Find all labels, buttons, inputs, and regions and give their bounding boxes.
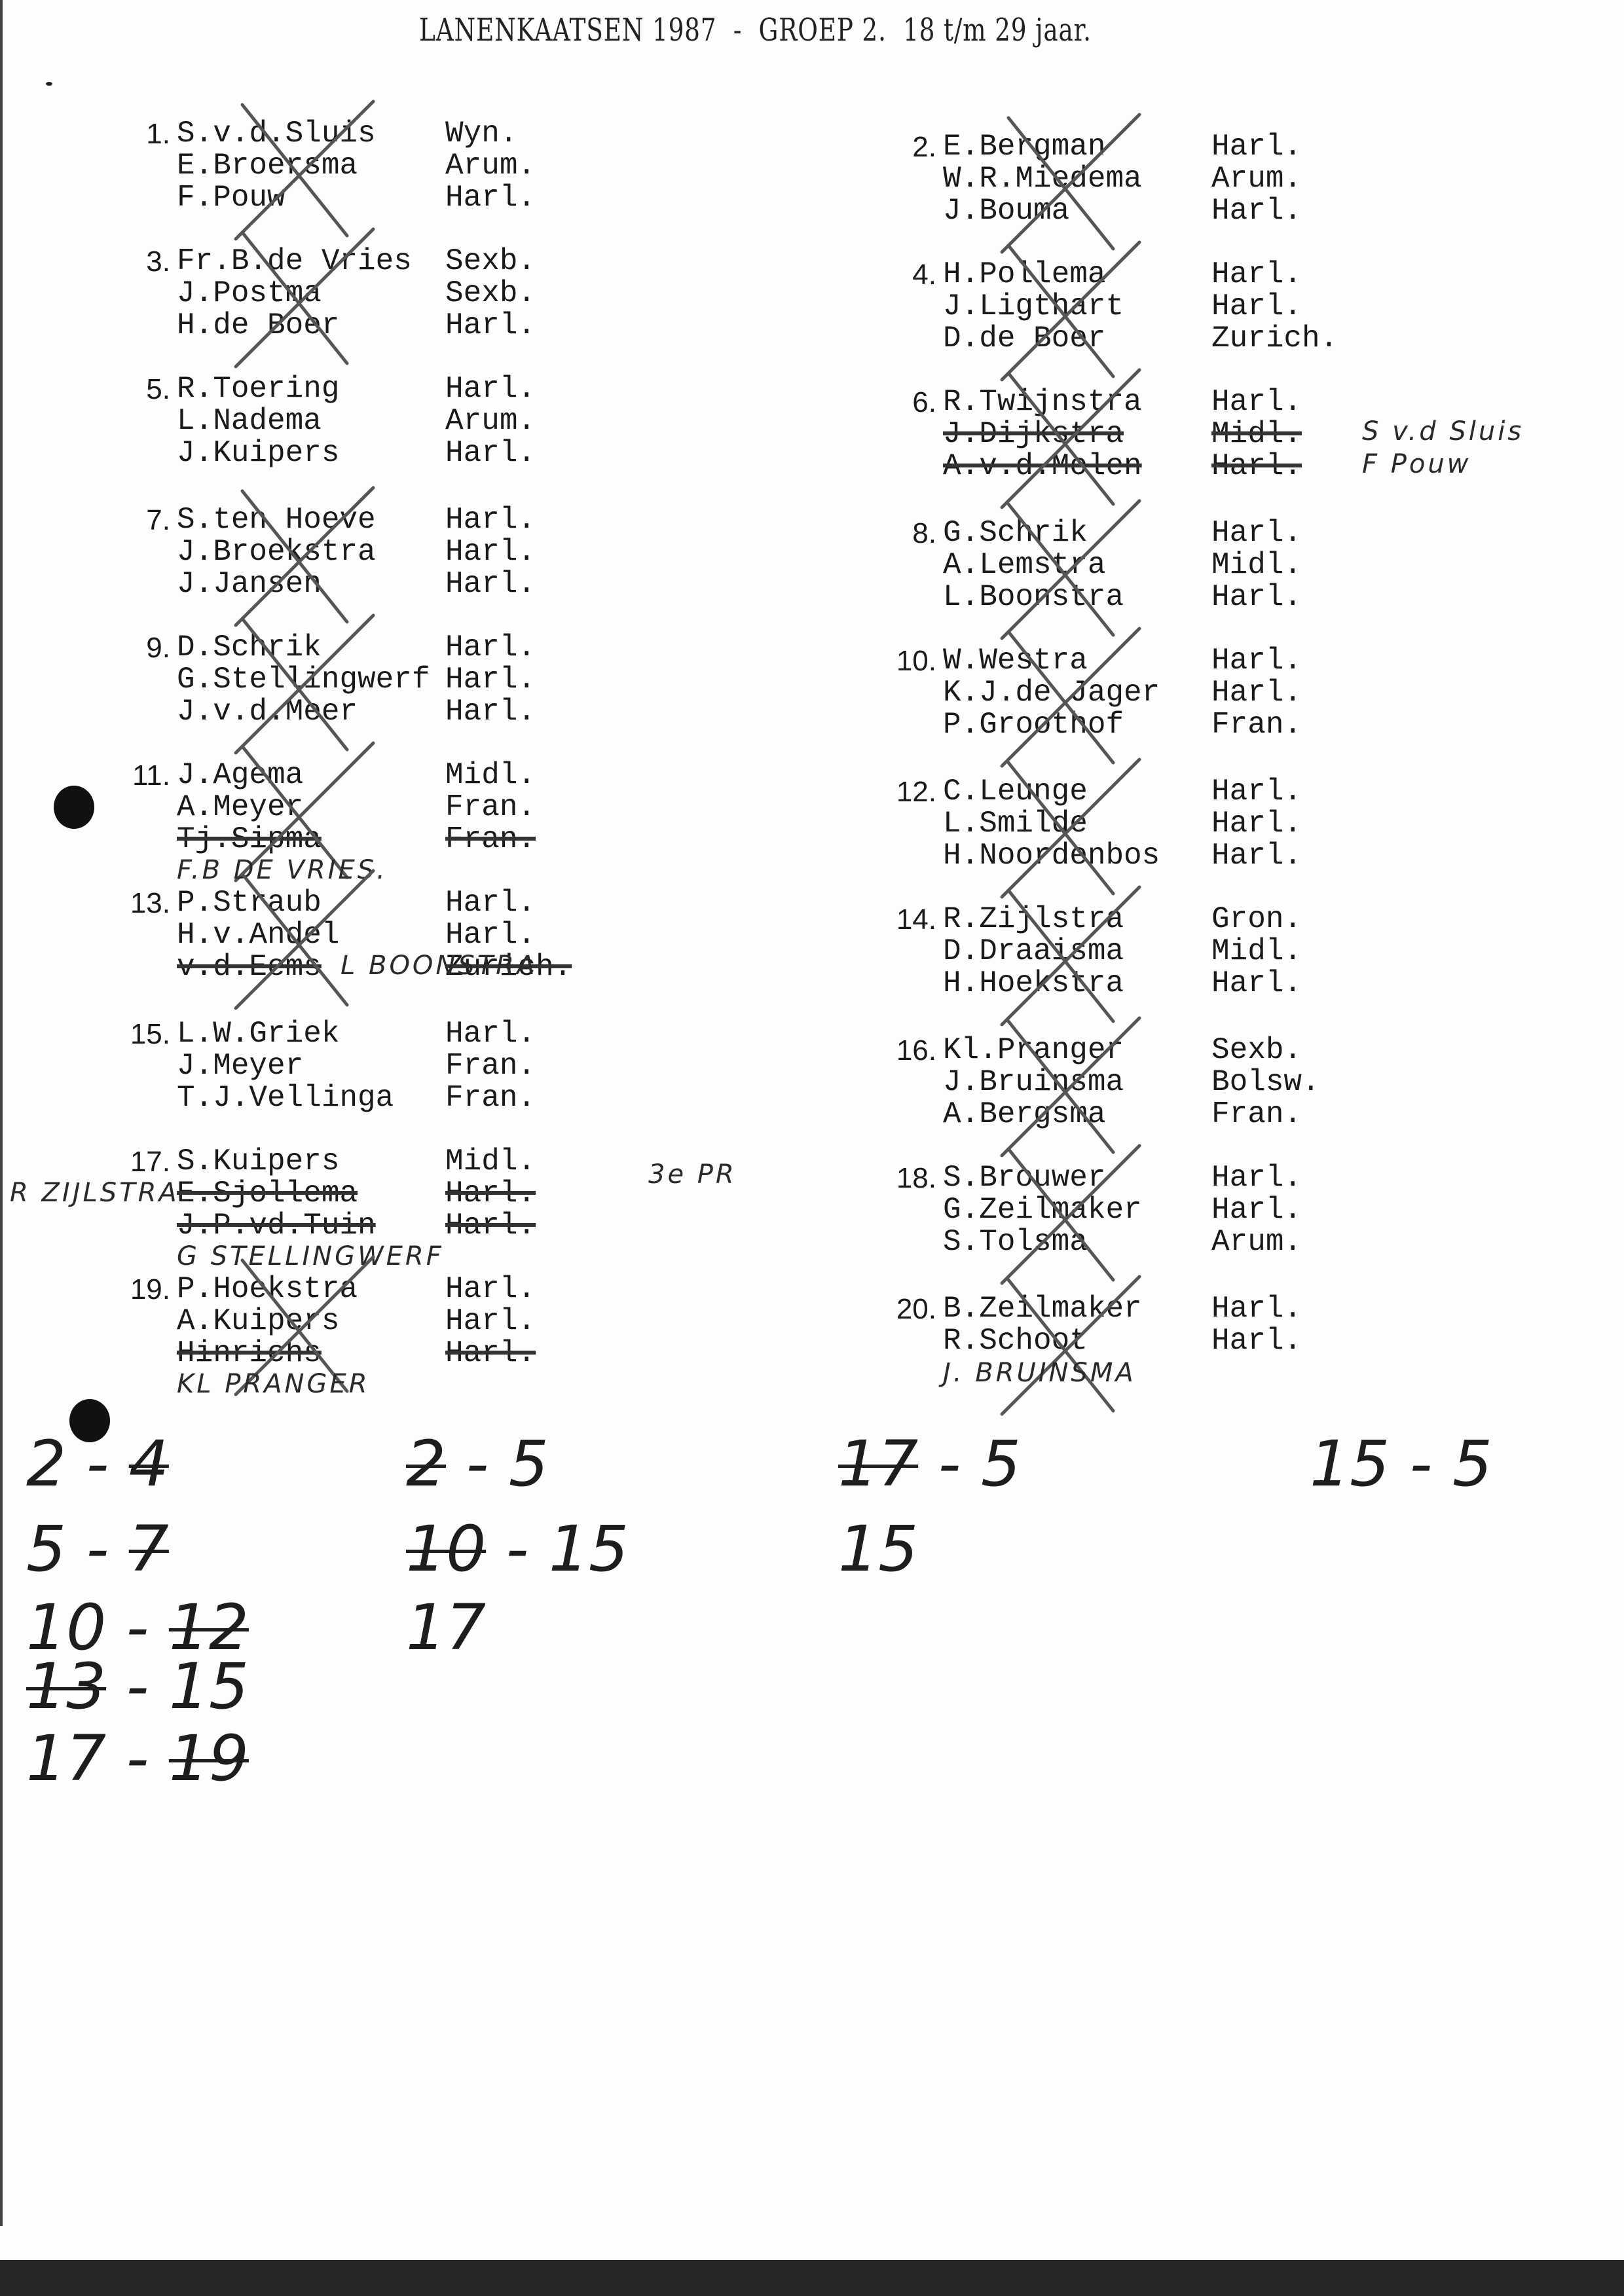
player-club: Sexb.	[1211, 1034, 1302, 1066]
match-pairing: 2 - 5	[406, 1427, 549, 1501]
player-club: Harl.	[445, 536, 536, 568]
player-club: Sexb.	[445, 278, 536, 310]
player-name: L.Nadema	[177, 405, 322, 437]
player-club: Harl.	[1211, 259, 1302, 291]
scan-bottom-band	[0, 2260, 1624, 2296]
player-club: Harl.	[1211, 1325, 1302, 1357]
punch-hole-mark	[69, 1399, 110, 1442]
handwritten-substitute: R ZIJLSTRA	[10, 1177, 179, 1209]
team-b-number: 15	[169, 1650, 249, 1723]
player-name: H.de Boer	[177, 310, 339, 342]
team-a-number: 10	[406, 1512, 486, 1586]
team-entry: 8.G.SchrikHarl.A.LemstraMidl.L.BoonstraH…	[884, 517, 1342, 622]
player-name: F.Pouw	[177, 182, 286, 214]
pairing-dash: -	[446, 1427, 509, 1501]
team-number: 5.	[118, 373, 170, 405]
player-name: Kl.Pranger	[943, 1034, 1124, 1066]
player-club: Harl.	[1211, 968, 1302, 1000]
player-name: v.d.Eems	[177, 951, 322, 983]
player-name: G.Schrik	[943, 517, 1088, 549]
player-club: Fran.	[445, 792, 536, 824]
player-club: Harl.	[1211, 386, 1302, 418]
page-title: LANENKAATSEN 1987 - GROEP 2. 18 t/m 29 j…	[419, 12, 1092, 48]
player-club: Harl.	[445, 568, 536, 600]
player-club: Harl.	[1211, 840, 1302, 872]
team-number: 6.	[884, 386, 936, 418]
team-a-number: 2	[406, 1427, 446, 1501]
team-number: 15.	[118, 1018, 170, 1050]
player-name: P.Groothof	[943, 709, 1124, 741]
player-name: R.Toering	[177, 373, 339, 405]
player-name: L.Smilde	[943, 808, 1088, 840]
player-club: Midl.	[1211, 936, 1302, 968]
player-name: W.Westra	[943, 645, 1088, 677]
team-a-number: 15	[838, 1512, 918, 1586]
player-name: S.Tolsma	[943, 1226, 1088, 1258]
player-name: J.Kuipers	[177, 437, 339, 469]
team-number: 11.	[118, 759, 170, 792]
pairing-dash: -	[106, 1722, 169, 1795]
player-club: Arum.	[445, 405, 536, 437]
team-entry: 20.B.ZeilmakerHarl.R.SchootHarl.J. BRUIN…	[884, 1293, 1342, 1398]
player-club: Fran.	[445, 1082, 536, 1114]
team-number: 14.	[884, 903, 936, 936]
team-number: 17.	[118, 1146, 170, 1178]
player-name: T.J.Vellinga	[177, 1082, 394, 1114]
team-number: 8.	[884, 517, 936, 549]
player-club: Bolsw.	[1211, 1066, 1320, 1099]
team-entry: 6.R.TwijnstraHarl.J.DijkstraMidl.A.v.d.M…	[884, 386, 1342, 491]
team-a-number: 15	[1310, 1427, 1390, 1501]
team-number: 20.	[884, 1293, 936, 1325]
team-entry: 13.P.StraubHarl.H.v.AndelHarl.v.d.EemsZu…	[118, 887, 576, 992]
player-club: Arum.	[1211, 163, 1302, 195]
match-pairing: 5 - 7	[26, 1512, 169, 1586]
player-club: Harl.	[445, 632, 536, 664]
team-entry: 14.R.ZijlstraGron.D.DraaismaMidl.H.Hoeks…	[884, 903, 1342, 1008]
player-club: Harl.	[445, 887, 536, 919]
player-club: Harl.	[1211, 131, 1302, 163]
player-name: E.Broersma	[177, 150, 358, 182]
player-club: Arum.	[1211, 1226, 1302, 1258]
scan-left-edge	[0, 0, 3, 2226]
team-a-number: 17	[26, 1722, 106, 1795]
player-club: Midl.	[1211, 418, 1302, 450]
handwritten-substitute: 3e PR	[648, 1159, 737, 1191]
team-entry: 4.H.PollemaHarl.J.LigthartHarl.D.de Boer…	[884, 259, 1342, 363]
player-name: Hinrichs	[177, 1338, 322, 1370]
player-name: C.Leunge	[943, 776, 1088, 808]
player-club: Harl.	[1211, 677, 1302, 709]
player-name: J.Postma	[177, 278, 322, 310]
team-entry: 5.R.ToeringHarl.L.NademaArum.J.KuipersHa…	[118, 373, 576, 478]
team-b-number: 5	[509, 1427, 549, 1501]
team-entry: 15.L.W.GriekHarl.J.MeyerFran.T.J.Velling…	[118, 1018, 576, 1123]
player-name: K.J.de Jager	[943, 677, 1160, 709]
player-name: E.Bergman	[943, 131, 1105, 163]
player-club: Fran.	[445, 1050, 536, 1082]
team-entry: 7.S.ten HoeveHarl.J.BroekstraHarl.J.Jans…	[118, 504, 576, 609]
player-name: G.Stellingwerf	[177, 664, 430, 696]
player-name: J.v.d.Meer	[177, 696, 358, 728]
player-name: J.Bouma	[943, 195, 1069, 227]
player-club: Harl.	[1211, 450, 1302, 483]
scan-speck	[46, 82, 52, 86]
team-number: 10.	[884, 645, 936, 677]
team-entry: 3.Fr.B.de VriesSexb.J.PostmaSexb.H.de Bo…	[118, 246, 576, 350]
player-club: Harl.	[445, 1338, 536, 1370]
player-name: A.Kuipers	[177, 1305, 339, 1338]
player-name: H.Pollema	[943, 259, 1105, 291]
player-name: J.Meyer	[177, 1050, 303, 1082]
pairing-dash: -	[918, 1427, 981, 1501]
match-pairing: 15 - 5	[1310, 1427, 1492, 1501]
team-b-number: 7	[129, 1512, 169, 1586]
player-club: Harl.	[445, 696, 536, 728]
player-club: Harl.	[1211, 517, 1302, 549]
team-b-number: 5	[1452, 1427, 1492, 1501]
handwritten-substitute: F Pouw	[1362, 448, 1471, 481]
player-club: Midl.	[1211, 549, 1302, 581]
player-club: Midl.	[445, 759, 536, 792]
player-club: Harl.	[445, 1210, 536, 1242]
handwritten-substitute: S v.d Sluis	[1362, 416, 1524, 448]
player-club: Harl.	[445, 182, 536, 214]
player-club: Harl.	[1211, 195, 1302, 227]
player-club: Harl.	[1211, 1293, 1302, 1325]
player-name: H.Noordenbos	[943, 840, 1160, 872]
team-b-number: 15	[549, 1512, 629, 1586]
team-entry: 19.P.HoekstraHarl.A.KuipersHarl.Hinrichs…	[118, 1273, 576, 1378]
team-b-number: 19	[169, 1722, 249, 1795]
player-club: Harl.	[445, 664, 536, 696]
handwritten-substitute: KL PRANGER	[177, 1368, 370, 1400]
team-entry: 1.S.v.d.SluisWyn.E.BroersmaArum.F.PouwHa…	[118, 118, 576, 223]
player-name: J.Bruinsma	[943, 1066, 1124, 1099]
match-pairing: 10 - 15	[406, 1512, 629, 1586]
team-number: 18.	[884, 1162, 936, 1194]
player-club: Harl.	[1211, 645, 1302, 677]
player-club: Harl.	[445, 437, 536, 469]
player-club: Harl.	[445, 919, 536, 951]
handwritten-substitute: F.B DE VRIES.	[177, 854, 388, 886]
team-a-number: 5	[26, 1512, 66, 1586]
player-club: Gron.	[1211, 903, 1302, 936]
player-club: Harl.	[445, 310, 536, 342]
player-club: Harl.	[1211, 581, 1302, 613]
player-name: H.Hoekstra	[943, 968, 1124, 1000]
handwritten-substitute: G STELLINGWERF	[177, 1241, 444, 1273]
player-club: Harl.	[1211, 808, 1302, 840]
team-a-number: 2	[26, 1427, 66, 1501]
player-name: D.Draaisma	[943, 936, 1124, 968]
team-number: 7.	[118, 504, 170, 536]
team-entry: 12.C.LeungeHarl.L.SmildeHarl.H.Noordenbo…	[884, 776, 1342, 881]
player-club: Midl.	[445, 1146, 536, 1178]
player-name: A.v.d.Molen	[943, 450, 1142, 483]
team-entry: 16.Kl.PrangerSexb.J.BruinsmaBolsw.A.Berg…	[884, 1034, 1342, 1139]
player-name: R.Schoot	[943, 1325, 1088, 1357]
team-number: 16.	[884, 1034, 936, 1066]
handwritten-substitute: L BOONSTRA	[341, 950, 537, 982]
player-name: G.Zeilmaker	[943, 1194, 1142, 1226]
player-club: Harl.	[445, 1305, 536, 1338]
punch-hole-mark	[54, 786, 94, 829]
player-name: D.de Boer	[943, 323, 1105, 355]
player-name: A.Bergsma	[943, 1099, 1105, 1131]
player-name: J.Ligthart	[943, 291, 1124, 323]
player-name: L.W.Griek	[177, 1018, 339, 1050]
player-club: Harl.	[1211, 1162, 1302, 1194]
player-club: Fran.	[1211, 709, 1302, 741]
player-name: P.Straub	[177, 887, 322, 919]
player-name: H.v.Andel	[177, 919, 339, 951]
player-name: B.Zeilmaker	[943, 1293, 1142, 1325]
player-name: R.Zijlstra	[943, 903, 1124, 936]
team-number: 19.	[118, 1273, 170, 1305]
pairing-dash: -	[486, 1512, 549, 1586]
player-name: J.Dijkstra	[943, 418, 1124, 450]
team-entry: 10.W.WestraHarl.K.J.de JagerHarl.P.Groot…	[884, 645, 1342, 750]
player-name: Tj.Sipma	[177, 824, 322, 856]
team-a-number: 17	[838, 1427, 918, 1501]
team-number: 12.	[884, 776, 936, 808]
team-number: 3.	[118, 246, 170, 278]
team-number: 2.	[884, 131, 936, 163]
handwritten-substitute: J. BRUINSMA	[943, 1357, 1136, 1389]
player-name: W.R.Miedema	[943, 163, 1142, 195]
player-name: S.ten Hoeve	[177, 504, 376, 536]
pairing-dash: -	[106, 1650, 169, 1723]
player-name: J.P.vd.Tuin	[177, 1210, 376, 1242]
team-number: 13.	[118, 887, 170, 919]
match-pairing: 15	[838, 1512, 918, 1586]
team-number: 4.	[884, 259, 936, 291]
player-club: Zurich.	[1211, 323, 1338, 355]
team-a-number: 17	[406, 1591, 486, 1664]
player-club: Harl.	[1211, 1194, 1302, 1226]
team-b-number: 5	[981, 1427, 1021, 1501]
player-name: R.Twijnstra	[943, 386, 1142, 418]
player-name: L.Boonstra	[943, 581, 1124, 613]
player-name: J.Agema	[177, 759, 303, 792]
match-pairing: 17 - 5	[838, 1427, 1021, 1501]
match-pairing: 17	[406, 1591, 486, 1664]
player-name: P.Hoekstra	[177, 1273, 358, 1305]
player-name: A.Lemstra	[943, 549, 1105, 581]
player-club: Fran.	[1211, 1099, 1302, 1131]
player-club: Harl.	[445, 373, 536, 405]
player-club: Fran.	[445, 824, 536, 856]
player-name: S.Kuipers	[177, 1146, 339, 1178]
player-name: A.Meyer	[177, 792, 303, 824]
team-number: 9.	[118, 632, 170, 664]
team-entry: 18.S.BrouwerHarl.G.ZeilmakerHarl.S.Tolsm…	[884, 1162, 1342, 1267]
player-club: Harl.	[445, 1178, 536, 1210]
player-name: J.Jansen	[177, 568, 322, 600]
player-club: Wyn.	[445, 118, 517, 150]
player-club: Harl.	[445, 504, 536, 536]
player-club: Arum.	[445, 150, 536, 182]
team-entry: 17.S.KuipersMidl.E.SjollemaHarl.J.P.vd.T…	[118, 1146, 576, 1250]
team-b-number: 4	[129, 1427, 169, 1501]
player-name: J.Broekstra	[177, 536, 376, 568]
team-entry: 11.J.AgemaMidl.A.MeyerFran.Tj.SipmaFran.…	[118, 759, 576, 864]
team-a-number: 13	[26, 1650, 106, 1723]
player-club: Sexb.	[445, 246, 536, 278]
team-entry: 2.E.BergmanHarl.W.R.MiedemaArum.J.BoumaH…	[884, 131, 1342, 236]
match-pairing: 17 - 19	[26, 1722, 249, 1795]
player-club: Harl.	[1211, 776, 1302, 808]
team-number: 1.	[118, 118, 170, 150]
player-name: E.Sjollema	[177, 1178, 358, 1210]
player-name: D.Schrik	[177, 632, 322, 664]
player-club: Harl.	[1211, 291, 1302, 323]
pairing-dash: -	[66, 1512, 129, 1586]
player-club: Harl.	[445, 1018, 536, 1050]
match-pairing: 13 - 15	[26, 1650, 249, 1723]
player-name: Fr.B.de Vries	[177, 246, 412, 278]
team-entry: 9.D.SchrikHarl.G.StellingwerfHarl.J.v.d.…	[118, 632, 576, 737]
player-club: Harl.	[445, 1273, 536, 1305]
player-name: S.v.d.Sluis	[177, 118, 376, 150]
pairing-dash: -	[1390, 1427, 1452, 1501]
player-name: S.Brouwer	[943, 1162, 1105, 1194]
